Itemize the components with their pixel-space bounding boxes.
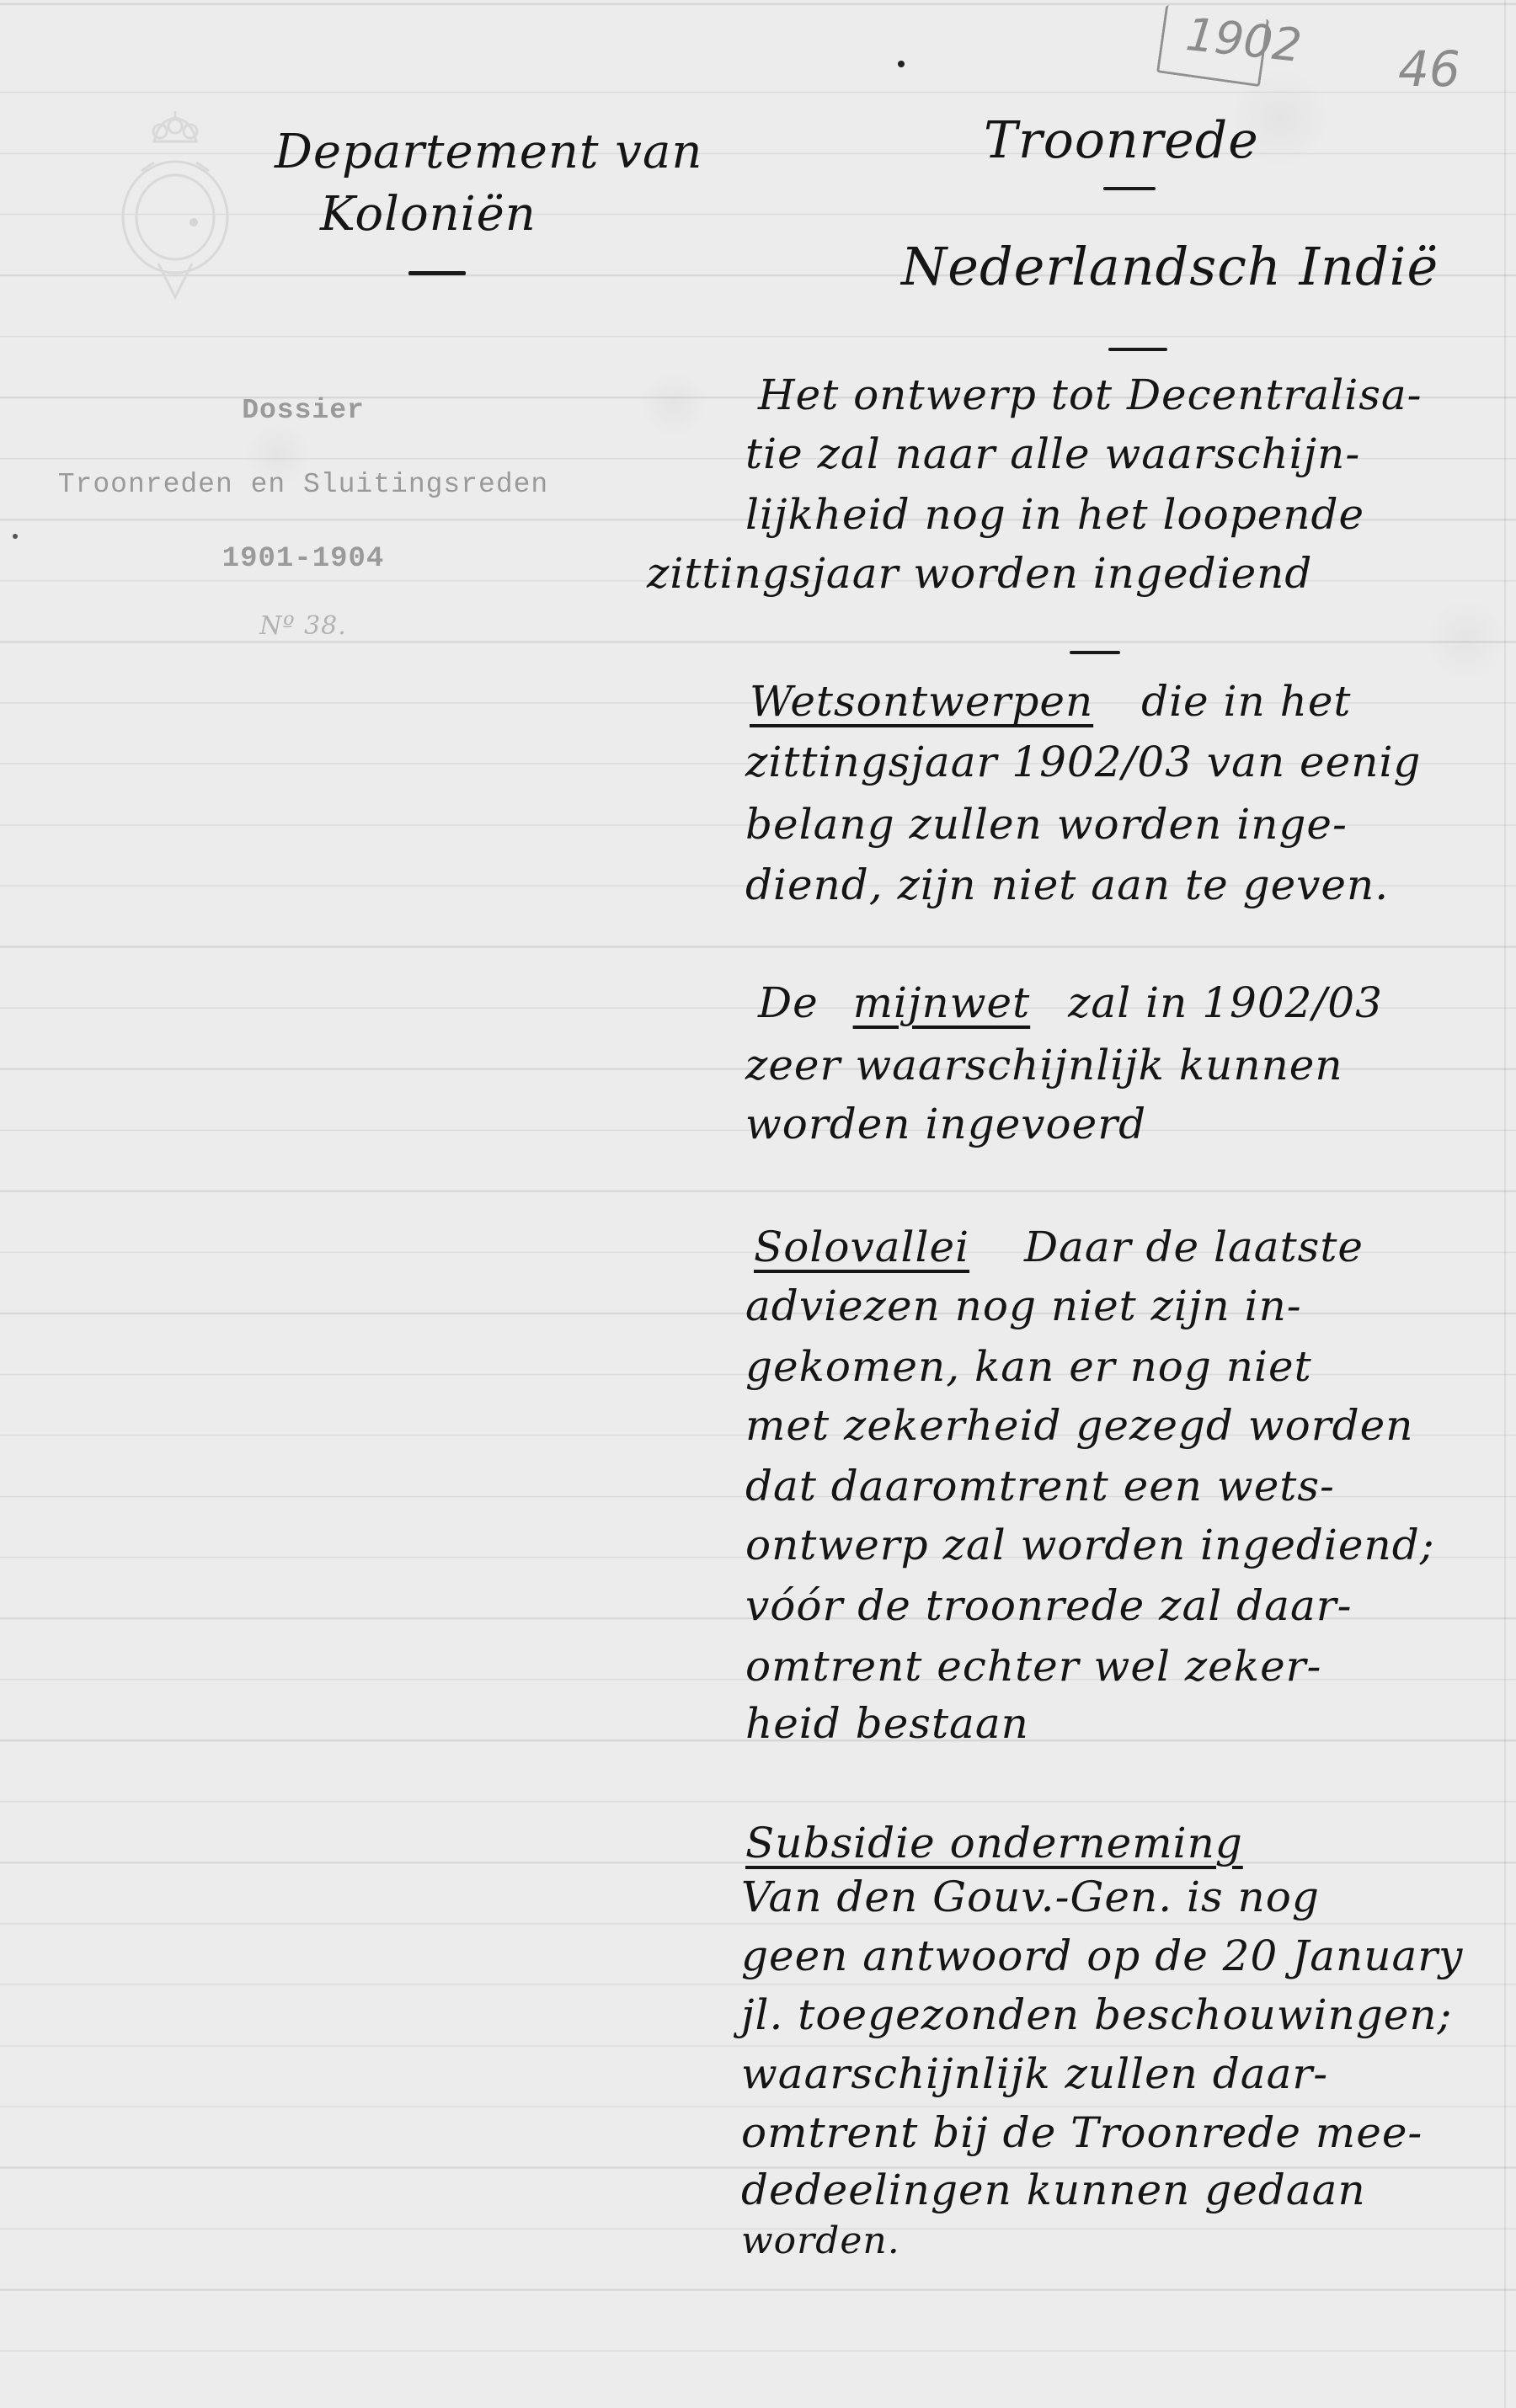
- text-line: ontwerp zal worden ingediend;: [745, 1521, 1435, 1569]
- text-line: omtrent echter wel zeker-: [745, 1642, 1321, 1691]
- text-line: Wetsontwerpen die in het: [750, 677, 1352, 726]
- text-line: diend, zijn niet aan te geven.: [745, 860, 1389, 909]
- text-line: worden ingevoerd: [745, 1100, 1146, 1148]
- royal-seal-emboss-icon: [108, 108, 243, 310]
- text-line: Van den Gouv.-Gen. is nog: [741, 1873, 1320, 1921]
- stamp-years: 1901-1904: [34, 542, 573, 576]
- paragraph-heading: Solovallei: [754, 1223, 969, 1271]
- text-line: geen antwoord op de 20 January: [741, 1931, 1463, 1980]
- department-line-1: Departement van: [275, 125, 702, 179]
- separator-dash: [408, 271, 466, 275]
- text-line: vóór de troonrede zal daar-: [745, 1581, 1353, 1630]
- text-line: belang zullen worden inge-: [745, 800, 1348, 849]
- text-line: jl. toegezonden beschouwingen;: [741, 1990, 1452, 2039]
- text-line: heid bestaan: [745, 1699, 1029, 1748]
- text-line: worden.: [741, 2219, 900, 2262]
- text-line: tie zal naar alle waarschijn-: [745, 429, 1360, 478]
- paragraph-heading: Subsidie onderneming: [745, 1819, 1243, 1867]
- text-line: gekomen, kan er nog niet: [745, 1342, 1312, 1391]
- text-line: zittingsjaar worden ingediend: [647, 549, 1312, 598]
- department-line-2: Koloniën: [320, 187, 536, 242]
- separator-dash: [1103, 187, 1156, 190]
- text-line: adviezen nog niet zijn in-: [745, 1281, 1302, 1330]
- paragraph-heading: Wetsontwerpen: [750, 677, 1093, 726]
- stamp-subtitle: Troonreden en Sluitingsreden: [34, 468, 573, 502]
- text-line: Het ontwerp tot Decentralisa-: [758, 370, 1423, 419]
- ink-dot: [898, 61, 905, 67]
- stamp-title: Dossier: [34, 394, 573, 428]
- document-page: 1902 46 Departement van Koloniën Dossier…: [0, 0, 1516, 2408]
- text-line: met zekerheid gezegd worden: [745, 1401, 1413, 1450]
- text-line: zittingsjaar 1902/03 van eenig: [745, 738, 1421, 786]
- text-line: lijkheid nog in het loopende: [745, 490, 1364, 539]
- text-line: omtrent bij de Troonrede mee-: [741, 2108, 1423, 2157]
- ink-dot-left: [13, 534, 18, 539]
- separator-dash: [1108, 348, 1167, 351]
- text-line: waarschijnlijk zullen daar-: [741, 2049, 1328, 2098]
- text-line: De mijnwet zal in 1902/03: [758, 978, 1383, 1027]
- archive-stamp: Dossier Troonreden en Sluitingsreden 190…: [34, 394, 573, 643]
- stamp-number: Nº 38.: [34, 610, 573, 643]
- text-line: dedeelingen kunnen gedaan: [741, 2166, 1366, 2214]
- pencil-page-number: 46: [1398, 40, 1460, 98]
- text-line: zeer waarschijnlijk kunnen: [745, 1041, 1343, 1089]
- page-title: Troonrede: [984, 111, 1259, 170]
- page-fold-shadow: [1504, 0, 1506, 2408]
- separator-dash: [1070, 651, 1120, 654]
- paragraph-heading: mijnwet: [853, 978, 1031, 1027]
- page-subtitle: Nederlandsch Indië: [901, 236, 1439, 297]
- text-line: dat daaromtrent een wets-: [745, 1462, 1335, 1510]
- text-line: Solovallei Daar de laatste: [754, 1223, 1364, 1271]
